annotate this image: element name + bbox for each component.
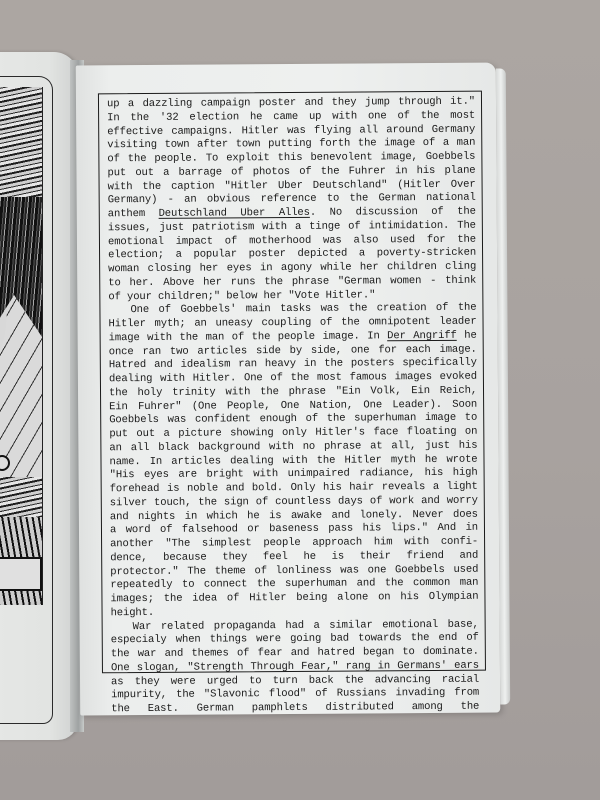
- text-line: the East. German pamphlets distributed a…: [111, 701, 479, 717]
- text-line: images; the idea of Hitler being alone o…: [110, 591, 478, 607]
- underlined-title: Der Angriff: [387, 330, 457, 342]
- text-line: to her. Above her runs the phrase "Germa…: [108, 274, 476, 290]
- body-text: up a dazzling campaign poster and they j…: [107, 96, 479, 717]
- left-page: [0, 52, 78, 740]
- page-edges: [496, 68, 510, 704]
- left-page-border: [0, 76, 53, 724]
- underlined-title: Deutschland Uber Alles: [159, 207, 310, 220]
- ink-illustration: [0, 87, 43, 605]
- text-frame: up a dazzling campaign poster and they j…: [98, 91, 486, 674]
- right-page: up a dazzling campaign poster and they j…: [76, 63, 501, 716]
- illustration-placard: [0, 557, 42, 591]
